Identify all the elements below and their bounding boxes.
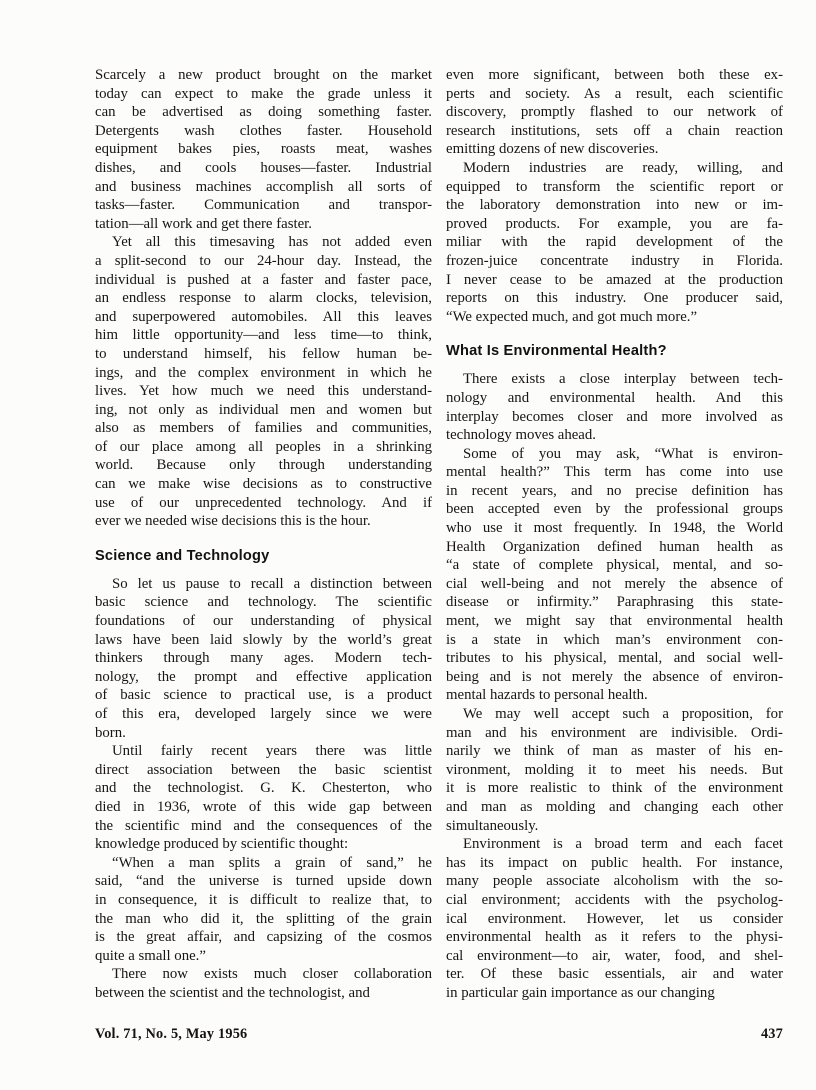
- text-line: There exists a close interplay between t…: [446, 370, 783, 389]
- text-line: even more significant, between both thes…: [446, 66, 783, 85]
- text-line: quite a small one.”: [95, 947, 432, 966]
- text-line: proved products. For example, you are fa…: [446, 215, 783, 234]
- text-line: been accepted even by the professional g…: [446, 500, 783, 519]
- text-line: ment, we might say that environmental he…: [446, 612, 783, 631]
- left-column: Scarcely a new product brought on the ma…: [95, 66, 432, 1003]
- section-heading: What Is Environmental Health?: [446, 342, 783, 361]
- text-line: Until fairly recent years there was litt…: [95, 742, 432, 761]
- text-line: direct association between the basic sci…: [95, 761, 432, 780]
- text-line: basic science and technology. The scient…: [95, 593, 432, 612]
- text-line: has its impact on public health. For ins…: [446, 854, 783, 873]
- text-line: tation—all work and get there faster.: [95, 215, 432, 234]
- text-line: “We expected much, and got much more.”: [446, 308, 783, 327]
- text-line: So let us pause to recall a distinction …: [95, 575, 432, 594]
- text-line: I never cease to be amazed at the produc…: [446, 271, 783, 290]
- text-line: an endless response to alarm clocks, tel…: [95, 289, 432, 308]
- text-line: knowledge produced by scientific thought…: [95, 835, 432, 854]
- text-line: and the technologist. G. K. Chesterton, …: [95, 779, 432, 798]
- text-line: emitting dozens of new discoveries.: [446, 140, 783, 159]
- text-line: the scientific mind and the consequences…: [95, 817, 432, 836]
- paragraph: Some of you may ask, “What is environ-me…: [446, 445, 783, 705]
- text-line: and man as molding and changing each oth…: [446, 798, 783, 817]
- text-line: thinkers through many ages. Modern tech-: [95, 649, 432, 668]
- text-line: being and is not merely the absence of e…: [446, 668, 783, 687]
- text-line: him little opportunity—and less time—to …: [95, 326, 432, 345]
- text-line: simultaneously.: [446, 817, 783, 836]
- paragraph: “When a man splits a grain of sand,” hes…: [95, 854, 432, 966]
- page-body: Scarcely a new product brought on the ma…: [95, 66, 783, 1003]
- text-line: tasks—faster. Communication and transpor…: [95, 196, 432, 215]
- section-heading: Science and Technology: [95, 547, 432, 566]
- text-line: today can expect to make the grade unles…: [95, 85, 432, 104]
- text-line: discovery, promptly flashed to our netwo…: [446, 103, 783, 122]
- text-line: in particular gain importance as our cha…: [446, 984, 783, 1003]
- text-line: of basic science to practical use, is a …: [95, 686, 432, 705]
- text-line: individual is pushed at a faster and fas…: [95, 271, 432, 290]
- text-line: and superpowered automobiles. All this l…: [95, 308, 432, 327]
- text-line: in recent years, and no precise definiti…: [446, 482, 783, 501]
- text-line: Scarcely a new product brought on the ma…: [95, 66, 432, 85]
- text-line: laws have been laid slowly by the world’…: [95, 631, 432, 650]
- text-line: equipped to transform the scientific rep…: [446, 178, 783, 197]
- text-line: ever we needed wise decisions this is th…: [95, 512, 432, 531]
- text-line: of this era, developed largely since we …: [95, 705, 432, 724]
- text-line: cial environment; accidents with the psy…: [446, 891, 783, 910]
- paragraph: We may well accept such a proposition, f…: [446, 705, 783, 835]
- text-line: said, “and the universe is turned upside…: [95, 872, 432, 891]
- text-line: “When a man splits a grain of sand,” he: [95, 854, 432, 873]
- text-line: Modern industries are ready, willing, an…: [446, 159, 783, 178]
- text-line: mental health?” This term has come into …: [446, 463, 783, 482]
- text-line: Some of you may ask, “What is environ-: [446, 445, 783, 464]
- journal-page: Scarcely a new product brought on the ma…: [0, 0, 816, 1090]
- text-line: miliar with the rapid development of the: [446, 233, 783, 252]
- text-line: Health Organization defined human health…: [446, 538, 783, 557]
- paragraph: Modern industries are ready, willing, an…: [446, 159, 783, 326]
- text-line: man and his environment are indivisible.…: [446, 724, 783, 743]
- text-line: nology, the prompt and effective applica…: [95, 668, 432, 687]
- text-line: ings, and the complex environment in whi…: [95, 364, 432, 383]
- text-line: Detergents wash clothes faster. Househol…: [95, 122, 432, 141]
- text-line: can be advertised as doing something fas…: [95, 103, 432, 122]
- text-line: is the great affair, and capsizing of th…: [95, 928, 432, 947]
- text-line: dishes, and cools houses—faster. Industr…: [95, 159, 432, 178]
- paragraph: Until fairly recent years there was litt…: [95, 742, 432, 854]
- text-line: nology and environmental health. And thi…: [446, 389, 783, 408]
- page-footer: Vol. 71, No. 5, May 1956 437: [95, 1026, 783, 1043]
- text-line: use of our unprecedented technology. And…: [95, 494, 432, 513]
- paragraph: Yet all this timesaving has not added ev…: [95, 233, 432, 531]
- text-line: reports on this industry. One producer s…: [446, 289, 783, 308]
- volume-issue-date: Vol. 71, No. 5, May 1956: [95, 1026, 247, 1043]
- text-line: lives. Yet how much we need this underst…: [95, 382, 432, 401]
- text-line: cial well-being and not merely the absen…: [446, 575, 783, 594]
- text-line: equipment bakes pies, roasts meat, washe…: [95, 140, 432, 159]
- page-number: 437: [761, 1026, 783, 1043]
- text-line: interplay becomes closer and more involv…: [446, 408, 783, 427]
- paragraph: So let us pause to recall a distinction …: [95, 575, 432, 742]
- text-line: frozen-juice concentrate industry in Flo…: [446, 252, 783, 271]
- text-line: ical environment. However, let us consid…: [446, 910, 783, 929]
- text-line: tributes to his physical, mental, and so…: [446, 649, 783, 668]
- right-column: even more significant, between both thes…: [446, 66, 783, 1003]
- paragraph: There exists a close interplay between t…: [446, 370, 783, 444]
- text-line: born.: [95, 724, 432, 743]
- text-line: many people associate alcoholism with th…: [446, 872, 783, 891]
- text-line: perts and society. As a result, each sci…: [446, 85, 783, 104]
- text-line: of our place among all peoples in a shri…: [95, 438, 432, 457]
- text-line: technology moves ahead.: [446, 426, 783, 445]
- paragraph: Environment is a broad term and each fac…: [446, 835, 783, 1002]
- text-line: world. Because only through understandin…: [95, 456, 432, 475]
- text-line: mental hazards to personal health.: [446, 686, 783, 705]
- text-line: Yet all this timesaving has not added ev…: [95, 233, 432, 252]
- text-line: is a state in which man’s environment co…: [446, 631, 783, 650]
- text-line: and business machines accomplish all sor…: [95, 178, 432, 197]
- text-line: the laboratory demonstration into new or…: [446, 196, 783, 215]
- text-line: environmental health as it refers to the…: [446, 928, 783, 947]
- text-line: the man who did it, the splitting of the…: [95, 910, 432, 929]
- paragraph: even more significant, between both thes…: [446, 66, 783, 159]
- text-line: research institutions, sets off a chain …: [446, 122, 783, 141]
- text-line: ter. Of these basic essentials, air and …: [446, 965, 783, 984]
- paragraph: There now exists much closer collaborati…: [95, 965, 432, 1002]
- text-line: also as members of families and communit…: [95, 419, 432, 438]
- text-line: foundations of our understanding of phys…: [95, 612, 432, 631]
- text-line: between the scientist and the technologi…: [95, 984, 432, 1003]
- text-line: Environment is a broad term and each fac…: [446, 835, 783, 854]
- text-line: We may well accept such a proposition, f…: [446, 705, 783, 724]
- text-line: can we make wise decisions as to constru…: [95, 475, 432, 494]
- text-line: disease or infirmity.” Paraphrasing this…: [446, 593, 783, 612]
- paragraph: Scarcely a new product brought on the ma…: [95, 66, 432, 233]
- text-line: to understand himself, his fellow human …: [95, 345, 432, 364]
- text-line: who use it most frequently. In 1948, the…: [446, 519, 783, 538]
- text-line: died in 1936, wrote of this wide gap bet…: [95, 798, 432, 817]
- text-line: “a state of complete physical, mental, a…: [446, 556, 783, 575]
- text-line: vironment, molding it to meet his needs.…: [446, 761, 783, 780]
- text-line: cal environment—to air, water, food, and…: [446, 947, 783, 966]
- text-line: There now exists much closer collaborati…: [95, 965, 432, 984]
- text-line: a split-second to our 24-hour day. Inste…: [95, 252, 432, 271]
- text-line: it is more realistic to think of the env…: [446, 779, 783, 798]
- text-line: in consequence, it is difficult to reali…: [95, 891, 432, 910]
- text-line: ing, not only as individual men and wome…: [95, 401, 432, 420]
- text-line: narily we think of man as master of his …: [446, 742, 783, 761]
